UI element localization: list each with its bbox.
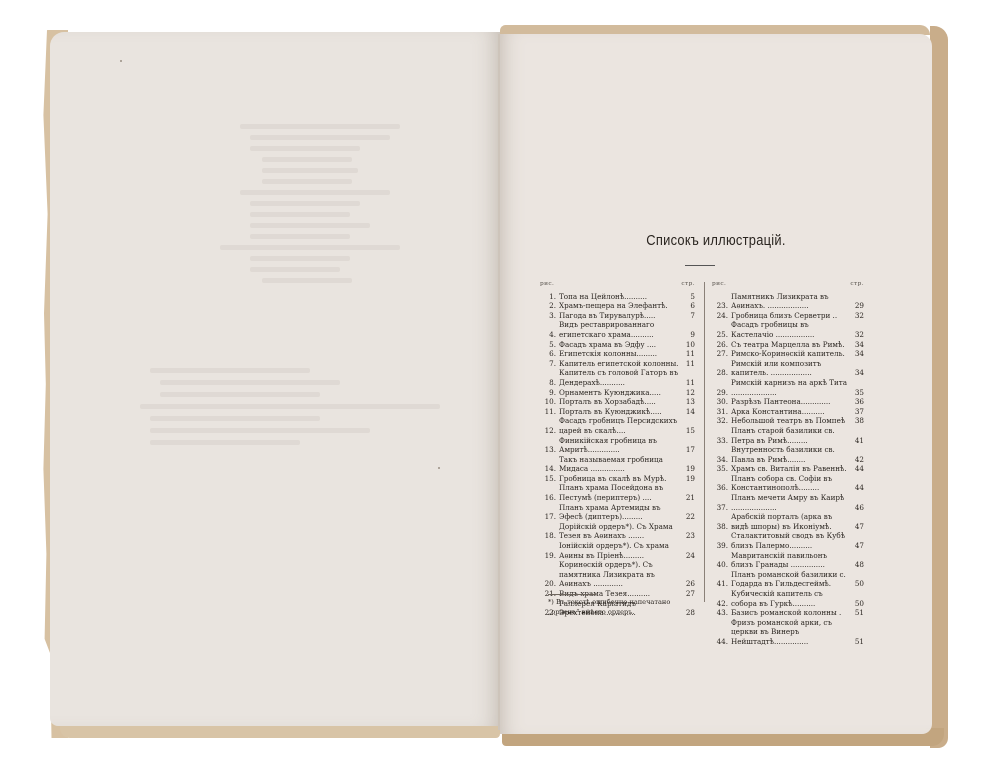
column-header: рис. стр.: [712, 280, 864, 290]
figure-caption: Египетскія колонны.........: [559, 349, 681, 359]
figure-number: 42.: [712, 599, 731, 609]
figure-number: 23.: [712, 301, 731, 311]
figure-number: 25.: [712, 330, 731, 340]
figure-caption: Дорійскій ордеръ*). Съ Храма Тезея въ Аѳ…: [559, 522, 681, 541]
toc-entry: 36.Планъ собора св. Софіи въ Константино…: [712, 474, 864, 493]
figure-caption: Орнаментъ Куюнджика.....: [559, 388, 681, 398]
figure-number: 8.: [540, 378, 559, 388]
figure-caption: Планъ старой базилики св. Петра въ Римѣ.…: [731, 426, 850, 445]
page-number: 50: [850, 599, 864, 609]
figure-number: 19.: [540, 551, 559, 561]
figure-header: рис.: [712, 280, 726, 290]
page-number: 11: [681, 378, 695, 388]
page-number: 50: [850, 579, 864, 589]
figure-number: 33.: [712, 436, 731, 446]
toc-entry: 16.Планъ храма Посейдона въ Пестумѣ (пер…: [540, 483, 695, 502]
page-number: 46: [850, 503, 864, 513]
figure-caption: Капитель съ головой Гаторъ въ Дендерахѣ.…: [559, 368, 681, 387]
page-number: 35: [850, 388, 864, 398]
figure-number: 41.: [712, 579, 731, 589]
toc-entry: 11.Порталъ въ Куюнджикѣ.....14: [540, 407, 695, 417]
page-number: 14: [681, 407, 695, 417]
footnote-rule: [548, 594, 596, 595]
page-number: 47: [850, 522, 864, 532]
toc-entry: 23.Памятникъ Лизикрата въ Аѳинахъ. .....…: [712, 292, 864, 311]
figure-caption: Храмъ-пещера на Элефантѣ.: [559, 301, 681, 311]
figure-caption: Арка Константина..........: [731, 407, 850, 417]
toc-entry: 1.Топа на Цейлонѣ..........5: [540, 292, 695, 302]
figure-caption: Видъ реставрированнаго египетскаго храма…: [559, 320, 681, 339]
page-number: 34: [850, 340, 864, 350]
page-number: 22: [681, 512, 695, 522]
toc-entry: 4.Видъ реставрированнаго египетскаго хра…: [540, 320, 695, 339]
figure-caption: Памятникъ Лизикрата въ Аѳинахъ. ........…: [731, 292, 850, 311]
toc-entry: 30.Разрѣзъ Пантеона.............36: [712, 397, 864, 407]
figure-caption: Фасадъ гробницъ Персидскихъ царей въ ска…: [559, 416, 681, 435]
page-number: 9: [681, 330, 695, 340]
figure-number: 44.: [712, 637, 731, 647]
page-number: 12: [681, 388, 695, 398]
figure-caption: Такъ называемая гробница Мидаса ........…: [559, 455, 681, 474]
page-number: 34: [850, 368, 864, 378]
page-title: Списокъ иллюстрацій.: [530, 232, 902, 249]
toc-column-left: рис. стр. 1.Топа на Цейлонѣ..........52.…: [540, 280, 695, 618]
page-number: 19: [681, 464, 695, 474]
page-number: 48: [850, 560, 864, 570]
page-number: 19: [681, 474, 695, 484]
page-number: 17: [681, 445, 695, 455]
figure-number: 16.: [540, 493, 559, 503]
figure-caption: Гробница въ скалѣ въ Мурѣ.: [559, 474, 681, 484]
figure-number: 32.: [712, 416, 731, 426]
figure-caption: Фасадъ гробницы въ Кастелачіо ..........…: [731, 320, 850, 339]
figure-caption: Топа на Цейлонѣ..........: [559, 292, 681, 302]
figure-number: 7.: [540, 359, 559, 369]
page-number: 32: [850, 311, 864, 321]
toc-entry: 38.Арабскій порталъ (арка въ видѣ шпоры)…: [712, 512, 864, 531]
page-number: 11: [681, 359, 695, 369]
figure-number: 34.: [712, 455, 731, 465]
page-number: 37: [850, 407, 864, 417]
figure-caption: Базисъ романской колонны .: [731, 608, 850, 618]
toc-entry: 31.Арка Константина..........37: [712, 407, 864, 417]
toc-entry: 42.Кубическій капитель съ собора въ Гурк…: [712, 589, 864, 608]
figure-caption: Фризъ романской арки, съ церкви въ Винер…: [731, 618, 850, 647]
page-number: 5: [681, 292, 695, 302]
figure-number: 26.: [712, 340, 731, 350]
figure-caption: Римско-Коринѳскій капитель.: [731, 349, 850, 359]
page-number: 11: [681, 349, 695, 359]
figure-caption: Планъ собора св. Софіи въ Константинопол…: [731, 474, 850, 493]
figure-caption: Коринѳскій ордеръ*). Съ памятника Лизикр…: [559, 560, 681, 589]
figure-caption: Порталъ въ Хорзабадѣ.....: [559, 397, 681, 407]
toc-entry: 9.Орнаментъ Куюнджика.....12: [540, 388, 695, 398]
toc-entry: 12.Фасадъ гробницъ Персидскихъ царей въ …: [540, 416, 695, 435]
figure-number: 9.: [540, 388, 559, 398]
page-number: 41: [850, 436, 864, 446]
toc-entry: 6.Египетскія колонны.........11: [540, 349, 695, 359]
toc-entry: 43.Базисъ романской колонны .51: [712, 608, 864, 618]
figure-caption: Римскій или композитъ капитель. ........…: [731, 359, 850, 378]
figure-caption: Разрѣзъ Пантеона.............: [731, 397, 850, 407]
page-number: 6: [681, 301, 695, 311]
figure-number: 27.: [712, 349, 731, 359]
figure-number: 43.: [712, 608, 731, 618]
page-number: 10: [681, 340, 695, 350]
page-number: 26: [681, 579, 695, 589]
toc-entry: 20.Коринѳскій ордеръ*). Съ памятника Лиз…: [540, 560, 695, 589]
figure-caption: Внутренность базилики св. Павла въ Римѣ.…: [731, 445, 850, 464]
figure-number: 4.: [540, 330, 559, 340]
page-number: 51: [850, 637, 864, 647]
figure-number: 36.: [712, 483, 731, 493]
toc-entry: 19.Іонійскій ордеръ*). Съ храма Аѳины въ…: [540, 541, 695, 560]
page-header: стр.: [681, 280, 695, 290]
toc-entry: 34.Внутренность базилики св. Павла въ Ри…: [712, 445, 864, 464]
figure-number: 37.: [712, 503, 731, 513]
page-number: 23: [681, 531, 695, 541]
figure-number: 17.: [540, 512, 559, 522]
page-number: 44: [850, 483, 864, 493]
paper-spot: [438, 467, 440, 469]
figure-caption: Планъ мечети Амру въ Каирѣ .............…: [731, 493, 850, 512]
figure-caption: Храмъ св. Виталія въ Равеннѣ.: [731, 464, 850, 474]
figure-caption: Капитель египетской колонны.: [559, 359, 681, 369]
toc-entry: 5.Фасадъ храма въ Эдфу ....10: [540, 340, 695, 350]
figure-number: 11.: [540, 407, 559, 417]
figure-caption: Планъ храма Артемиды въ Эфесѣ (диптеръ).…: [559, 503, 681, 522]
figure-number: 2.: [540, 301, 559, 311]
footnote: *) Въ текстѣ ошибочно напечатано „орденъ…: [548, 598, 696, 617]
toc-entry: 26.Съ театра Марцелла въ Римѣ.34: [712, 340, 864, 350]
toc-entry: 15.Гробница въ скалѣ въ Мурѣ.19: [540, 474, 695, 484]
figure-number: 38.: [712, 522, 731, 532]
toc-entry: 25.Фасадъ гробницы въ Кастелачіо .......…: [712, 320, 864, 339]
figure-number: 40.: [712, 560, 731, 570]
figure-number: 35.: [712, 464, 731, 474]
open-book: Списокъ иллюстрацій. рис. стр. 1.Топа на…: [0, 0, 1000, 782]
page-number: 47: [850, 541, 864, 551]
figure-caption: Планъ храма Посейдона въ Пестумѣ (перипт…: [559, 483, 681, 502]
toc-entry: 27.Римско-Коринѳскій капитель.34: [712, 349, 864, 359]
page-number: 7: [681, 311, 695, 321]
figure-number: 3.: [540, 311, 559, 321]
figure-caption: Римскій карнизъ на аркѣ Тита ...........…: [731, 378, 850, 397]
toc-entry: 2.Храмъ-пещера на Элефантѣ.6: [540, 301, 695, 311]
figure-caption: Планъ романской базилики с. Годарда въ Г…: [731, 570, 850, 589]
page-number: 44: [850, 464, 864, 474]
page-number: 13: [681, 397, 695, 407]
figure-number: 14.: [540, 464, 559, 474]
page-number: 36: [850, 397, 864, 407]
figure-caption: Финикійская гробница въ Амритѣ..........…: [559, 436, 681, 455]
figure-number: 6.: [540, 349, 559, 359]
title-rule: [685, 265, 715, 266]
figure-number: 31.: [712, 407, 731, 417]
column-divider: [704, 282, 705, 602]
figure-caption: Кубическій капитель съ собора въ Гуркѣ..…: [731, 589, 850, 608]
toc-entry: 10.Порталъ въ Хорзабадѣ.....13: [540, 397, 695, 407]
figure-number: 30.: [712, 397, 731, 407]
paper-spot: [120, 60, 122, 62]
figure-number: 13.: [540, 445, 559, 455]
figure-caption: Арабскій порталъ (арка въ видѣ шпоры) въ…: [731, 512, 850, 531]
toc-entry: 41.Планъ романской базилики с. Годарда в…: [712, 570, 864, 589]
figure-caption: Фасадъ храма въ Эдфу ....: [559, 340, 681, 350]
figure-number: 18.: [540, 531, 559, 541]
figure-caption: Гробница близъ Серветри ..: [731, 311, 850, 321]
toc-entry: 13.Финикійская гробница въ Амритѣ.......…: [540, 436, 695, 455]
page-number: 38: [850, 416, 864, 426]
page-number: 24: [681, 551, 695, 561]
toc-entry: 37.Планъ мечети Амру въ Каирѣ ..........…: [712, 493, 864, 512]
figure-number: 24.: [712, 311, 731, 321]
figure-caption: Пагода въ Тирувалурѣ.....: [559, 311, 681, 321]
page-header: стр.: [850, 280, 864, 290]
toc-entry: 39.Сталактитовый сводъ въ Кубѣ близъ Пал…: [712, 531, 864, 550]
toc-entry: 3.Пагода въ Тирувалурѣ.....7: [540, 311, 695, 321]
toc-entry: 7.Капитель египетской колонны.11: [540, 359, 695, 369]
column-header: рис. стр.: [540, 280, 695, 290]
page-number: 29: [850, 301, 864, 311]
toc-entry: 33.Планъ старой базилики св. Петра въ Ри…: [712, 426, 864, 445]
figure-number: 12.: [540, 426, 559, 436]
toc-entry: 28.Римскій или композитъ капитель. .....…: [712, 359, 864, 378]
toc-entry: 40.Мавританскій павильонъ близъ Гранады …: [712, 551, 864, 570]
figure-number: 5.: [540, 340, 559, 350]
toc-entry: 29.Римскій карнизъ на аркѣ Тита ........…: [712, 378, 864, 397]
figure-number: 29.: [712, 388, 731, 398]
toc-entry: 8.Капитель съ головой Гаторъ въ Дендерах…: [540, 368, 695, 387]
toc-entry: 44.Фризъ романской арки, съ церкви въ Ви…: [712, 618, 864, 647]
figure-number: 1.: [540, 292, 559, 302]
toc-entry: 24.Гробница близъ Серветри ..32: [712, 311, 864, 321]
figure-number: 10.: [540, 397, 559, 407]
figure-caption: Съ театра Марцелла въ Римѣ.: [731, 340, 850, 350]
page-number: 32: [850, 330, 864, 340]
figure-number: 20.: [540, 579, 559, 589]
page-number: 21: [681, 493, 695, 503]
toc-entry: 35.Храмъ св. Виталія въ Равеннѣ.44: [712, 464, 864, 474]
toc-entry: 17.Планъ храма Артемиды въ Эфесѣ (диптер…: [540, 503, 695, 522]
figure-number: 28.: [712, 368, 731, 378]
page-number: 51: [850, 608, 864, 618]
toc-entry: 14.Такъ называемая гробница Мидаса .....…: [540, 455, 695, 474]
figure-header: рис.: [540, 280, 554, 290]
figure-caption: Мавританскій павильонъ близъ Гранады ...…: [731, 551, 850, 570]
page-block-bottom-left-edge: [60, 724, 500, 738]
figure-number: 39.: [712, 541, 731, 551]
figure-caption: Порталъ въ Куюнджикѣ.....: [559, 407, 681, 417]
figure-caption: Іонійскій ордеръ*). Съ храма Аѳины въ Пр…: [559, 541, 681, 560]
figure-caption: Сталактитовый сводъ въ Кубѣ близъ Палерм…: [731, 531, 850, 550]
page-block-right-edge: [930, 26, 948, 748]
toc-entry: 32.Небольшой театръ въ Помпеѣ38: [712, 416, 864, 426]
toc-entry: 18.Дорійскій ордеръ*). Съ Храма Тезея въ…: [540, 522, 695, 541]
page-number: 34: [850, 349, 864, 359]
figure-number: 15.: [540, 474, 559, 484]
page-number: 15: [681, 426, 695, 436]
toc-column-right: рис. стр. 23.Памятникъ Лизикрата въ Аѳин…: [712, 280, 864, 647]
page-number: 42: [850, 455, 864, 465]
book-gutter: [498, 34, 500, 730]
figure-caption: Небольшой театръ въ Помпеѣ: [731, 416, 850, 426]
